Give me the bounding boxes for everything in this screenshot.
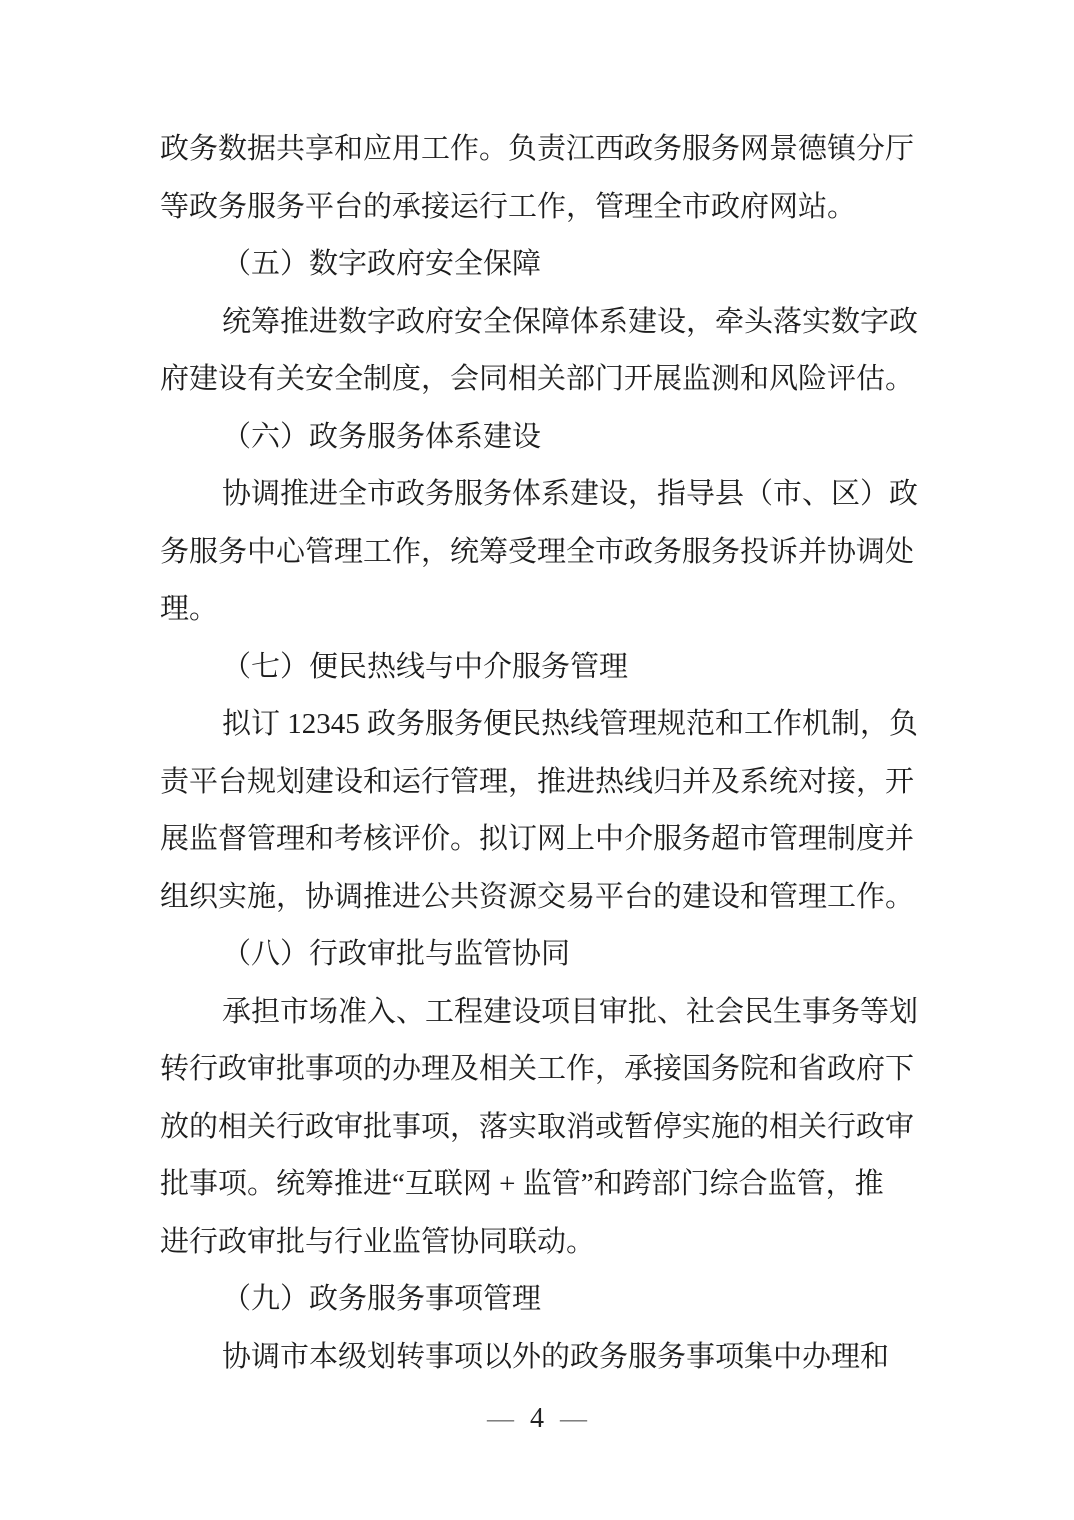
page-number: 4 <box>530 1403 544 1434</box>
section-heading: （五）数字政府安全保障 <box>160 236 916 294</box>
body-line: 展监督管理和考核评价。拟订网上中介服务超市管理制度并 <box>160 811 916 869</box>
body-line: 协调推进全市政务服务体系建设，指导县（市、区）政 <box>160 466 916 524</box>
body-line: 政务数据共享和应用工作。负责江西政务服务网景德镇分厅 <box>160 121 916 179</box>
body-line: 承担市场准入、工程建设项目审批、社会民生事务等划 <box>160 984 916 1042</box>
body-line: 协调市本级划转事项以外的政务服务事项集中办理和 <box>160 1329 916 1387</box>
section-heading: （六）政务服务体系建设 <box>160 409 916 467</box>
body-line: 进行政审批与行业监管协同联动。 <box>160 1214 916 1272</box>
document-page: 政务数据共享和应用工作。负责江西政务服务网景德镇分厅 等政务服务平台的承接运行工… <box>0 0 1074 1520</box>
body-line: 理。 <box>160 581 916 639</box>
footer-dash-left: — <box>487 1403 514 1433</box>
page-footer: —4— <box>0 1398 1074 1439</box>
body-line: 务服务中心管理工作，统筹受理全市政务服务投诉并协调处 <box>160 524 916 582</box>
section-heading: （七）便民热线与中介服务管理 <box>160 639 916 697</box>
body-line: 拟订 12345 政务服务便民热线管理规范和工作机制，负 <box>160 696 916 754</box>
body-line: 批事项。统筹推进“互联网 + 监管”和跨部门综合监管，推 <box>160 1156 916 1214</box>
body-line: 责平台规划建设和运行管理，推进热线归并及系统对接，开 <box>160 754 916 812</box>
body-line: 组织实施，协调推进公共资源交易平台的建设和管理工作。 <box>160 869 916 927</box>
document-body: 政务数据共享和应用工作。负责江西政务服务网景德镇分厅 等政务服务平台的承接运行工… <box>160 121 916 1386</box>
footer-dash-right: — <box>560 1403 587 1433</box>
section-heading: （八）行政审批与监管协同 <box>160 926 916 984</box>
section-heading: （九）政务服务事项管理 <box>160 1271 916 1329</box>
body-line: 府建设有关安全制度，会同相关部门开展监测和风险评估。 <box>160 351 916 409</box>
body-line: 统筹推进数字政府安全保障体系建设，牵头落实数字政 <box>160 294 916 352</box>
body-line: 转行政审批事项的办理及相关工作，承接国务院和省政府下 <box>160 1041 916 1099</box>
body-line: 等政务服务平台的承接运行工作，管理全市政府网站。 <box>160 179 916 237</box>
body-line: 放的相关行政审批事项，落实取消或暂停实施的相关行政审 <box>160 1099 916 1157</box>
